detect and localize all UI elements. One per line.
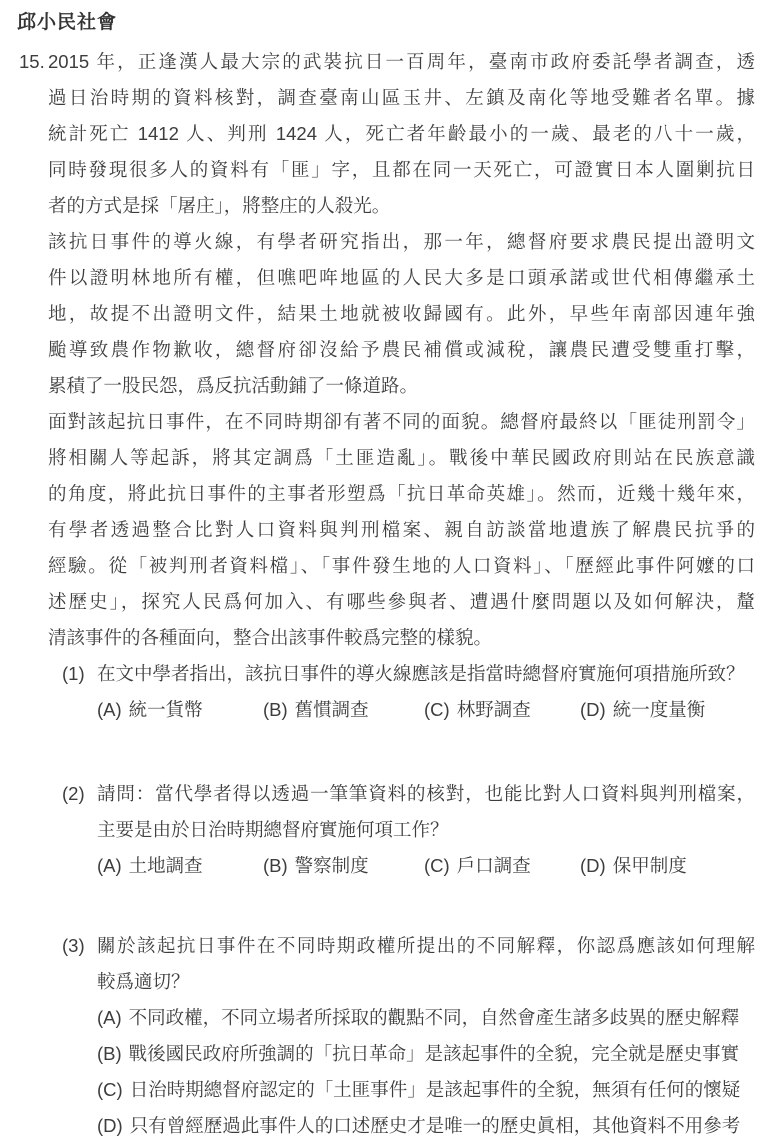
option: (D)統一度量衡 bbox=[580, 692, 705, 728]
text-line: 經驗。從「被判刑者資料檔」、「事件發生地的人口資料」、「歷經此事件阿嬤的口 bbox=[48, 548, 755, 584]
option: (C)林野調查 bbox=[424, 692, 580, 728]
option-label: (A) bbox=[97, 1007, 122, 1028]
text-line: 有學者透過整合比對人口資料與判刑檔案、親自訪談當地遺族了解農民抗爭的 bbox=[48, 512, 755, 548]
option: (A)不同政權，不同立場者所採取的觀點不同，自然會產生諸多歧異的歷史解釋 bbox=[97, 1000, 755, 1036]
option-text: 戶口調查 bbox=[457, 855, 531, 876]
paragraph: 該抗日事件的導火線，有學者研究指出，那一年，總督府要求農民提出證明文件以證明林地… bbox=[48, 224, 755, 404]
text-line: 述歷史」，探究人民爲何加入、有哪些參與者、遭遇什麼問題以及如何解決，釐 bbox=[48, 584, 755, 620]
option-label: (B) bbox=[263, 699, 288, 720]
paragraph: 2015 年，正逢漢人最大宗的武裝抗日一百周年，臺南市政府委託學者調查，透過日治… bbox=[48, 44, 755, 224]
text-line: 的角度，將此抗日事件的主事者形塑爲「抗日革命英雄」。然而，近幾十幾年來， bbox=[48, 476, 755, 512]
option-label: (D) bbox=[580, 699, 606, 720]
sub-question-label: (3) bbox=[62, 928, 85, 964]
option-text: 只有曾經歷過此事件人的口述歷史才是唯一的歷史眞相，其他資料不用參考 bbox=[130, 1115, 741, 1136]
question-15: 15. 2015 年，正逢漢人最大宗的武裝抗日一百周年，臺南市政府委託學者調查，… bbox=[0, 44, 776, 1144]
option-label: (B) bbox=[97, 1043, 122, 1064]
text-line: 清該事件的各種面向，整合出該事件較爲完整的樣貌。 bbox=[48, 620, 755, 656]
sub-question-text-line: 在文中學者指出，該抗日事件的導火線應該是指當時總督府實施何項措施所致？ bbox=[97, 656, 755, 692]
option-text: 舊慣調查 bbox=[295, 699, 369, 720]
text-line: 件以證明林地所有權，但噍吧哖地區的人民大多是口頭承諾或世代相傳繼承土 bbox=[48, 260, 755, 296]
option-label: (C) bbox=[424, 699, 450, 720]
option-text: 統一度量衡 bbox=[613, 699, 706, 720]
sub-question-label: (2) bbox=[62, 776, 85, 812]
text-line: 將相關人等起訴，將其定調爲「土匪造亂」。戰後中華民國政府則站在民族意識 bbox=[48, 440, 755, 476]
sub-question-text-line: 較爲適切？ bbox=[97, 964, 755, 1000]
option-label: (B) bbox=[263, 855, 288, 876]
option-label: (A) bbox=[97, 699, 122, 720]
text-line: 累積了一股民怨，爲反抗活動鋪了一條道路。 bbox=[48, 368, 755, 404]
option-text: 土地調查 bbox=[129, 855, 203, 876]
text-line: 2015 年，正逢漢人最大宗的武裝抗日一百周年，臺南市政府委託學者調查，透 bbox=[48, 44, 755, 80]
option-text: 警察制度 bbox=[295, 855, 369, 876]
options-row: (A)統一貨幣(B)舊慣調查(C)林野調查(D)統一度量衡 bbox=[97, 692, 755, 728]
text-line: 者的方式是採「屠庄」，將整庄的人殺光。 bbox=[48, 188, 755, 224]
text-line: 過日治時期的資料核對，調查臺南山區玉井、左鎮及南化等地受難者名單。據 bbox=[48, 80, 755, 116]
question-number-label: 15. bbox=[19, 44, 45, 80]
option-label: (D) bbox=[97, 1115, 123, 1136]
option-label: (D) bbox=[580, 855, 606, 876]
option: (A)土地調查 bbox=[97, 848, 263, 884]
option: (C)日治時期總督府認定的「土匪事件」是該起事件的全貌，無須有任何的懷疑 bbox=[97, 1072, 755, 1108]
options-row: (A)土地調查(B)警察制度(C)戶口調查(D)保甲制度 bbox=[97, 848, 755, 884]
question-content: 2015 年，正逢漢人最大宗的武裝抗日一百周年，臺南市政府委託學者調查，透過日治… bbox=[48, 44, 755, 1144]
option: (B)警察制度 bbox=[263, 848, 424, 884]
option: (B)舊慣調查 bbox=[263, 692, 424, 728]
option-label: (A) bbox=[97, 855, 122, 876]
text-line: 同時發現很多人的資料有「匪」字，且都在同一天死亡，可證實日本人圍剿抗日 bbox=[48, 152, 755, 188]
sub-question: (2)請問：當代學者得以透過一筆筆資料的核對，也能比對人口資料與判刑檔案，主要是… bbox=[48, 776, 755, 884]
option-text: 保甲制度 bbox=[613, 855, 687, 876]
text-line: 地，故提不出證明文件，結果土地就被收歸國有。此外，早些年南部因連年強 bbox=[48, 296, 755, 332]
sub-question-text-line: 請問：當代學者得以透過一筆筆資料的核對，也能比對人口資料與判刑檔案， bbox=[97, 776, 755, 812]
option-text: 日治時期總督府認定的「土匪事件」是該起事件的全貌，無須有任何的懷疑 bbox=[130, 1079, 741, 1100]
paragraph: 面對該起抗日事件，在不同時期卻有著不同的面貌。總督府最終以「匪徒刑罰令」將相關人… bbox=[48, 404, 755, 656]
doc-title: 邱小民社會 bbox=[17, 7, 117, 34]
option-text: 統一貨幣 bbox=[129, 699, 203, 720]
option-text: 林野調查 bbox=[457, 699, 531, 720]
sub-question: (3)關於該起抗日事件在不同時期政權所提出的不同解釋，你認爲應該如何理解較爲適切… bbox=[48, 928, 755, 1144]
option: (B)戰後國民政府所強調的「抗日革命」是該起事件的全貌，完全就是歷史事實 bbox=[97, 1036, 755, 1072]
option-label: (C) bbox=[97, 1079, 123, 1100]
option: (D)只有曾經歷過此事件人的口述歷史才是唯一的歷史眞相，其他資料不用參考 bbox=[97, 1108, 755, 1144]
text-line: 該抗日事件的導火線，有學者研究指出，那一年，總督府要求農民提出證明文 bbox=[48, 224, 755, 260]
option-text: 不同政權，不同立場者所採取的觀點不同，自然會產生諸多歧異的歷史解釋 bbox=[129, 1007, 740, 1028]
text-line: 面對該起抗日事件，在不同時期卻有著不同的面貌。總督府最終以「匪徒刑罰令」 bbox=[48, 404, 755, 440]
option-label: (C) bbox=[424, 855, 450, 876]
option: (A)統一貨幣 bbox=[97, 692, 263, 728]
text-line: 颱導致農作物歉收，總督府卻沒給予農民補償或減稅，讓農民遭受雙重打擊， bbox=[48, 332, 755, 368]
sub-question-label: (1) bbox=[62, 656, 85, 692]
option: (D)保甲制度 bbox=[580, 848, 687, 884]
sub-question-text-line: 主要是由於日治時期總督府實施何項工作？ bbox=[97, 812, 755, 848]
option-text: 戰後國民政府所強調的「抗日革命」是該起事件的全貌，完全就是歷史事實 bbox=[129, 1043, 740, 1064]
sub-question-text-line: 關於該起抗日事件在不同時期政權所提出的不同解釋，你認爲應該如何理解 bbox=[97, 928, 755, 964]
text-line: 統計死亡 1412 人、判刑 1424 人，死亡者年齡最小的一歲、最老的八十一歲… bbox=[48, 116, 755, 152]
sub-question: (1)在文中學者指出，該抗日事件的導火線應該是指當時總督府實施何項措施所致？(A… bbox=[48, 656, 755, 728]
option: (C)戶口調查 bbox=[424, 848, 580, 884]
